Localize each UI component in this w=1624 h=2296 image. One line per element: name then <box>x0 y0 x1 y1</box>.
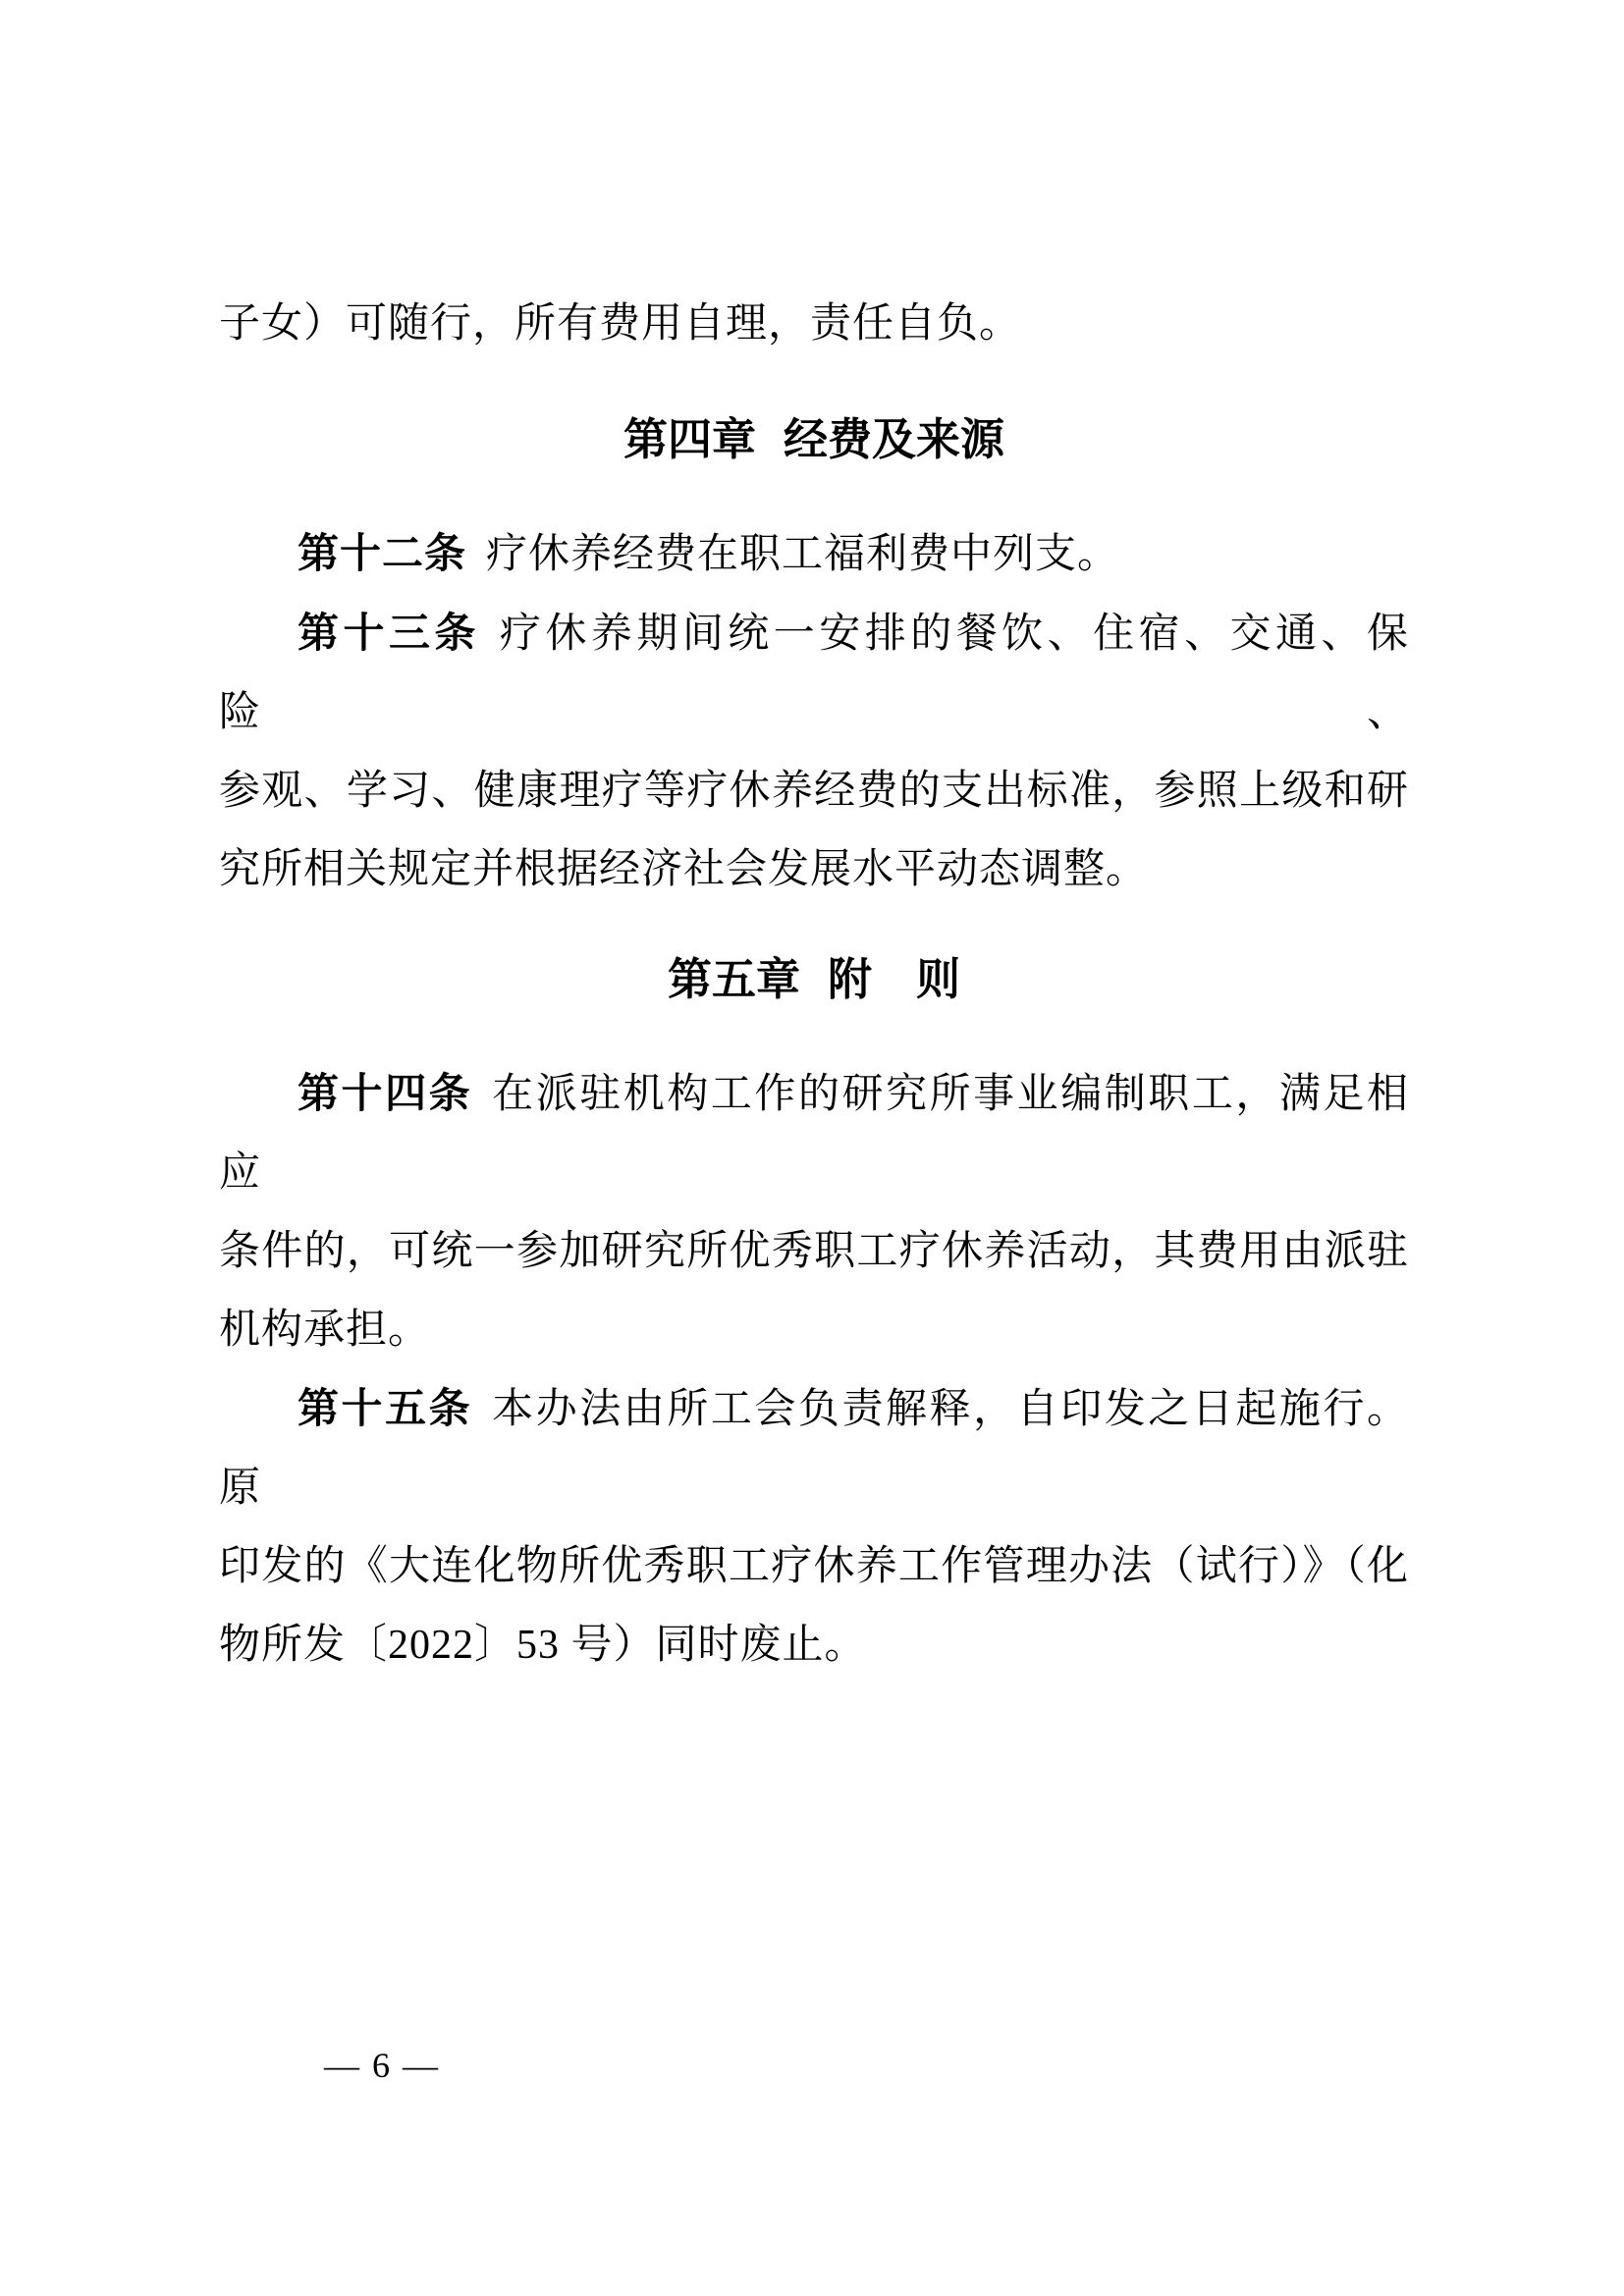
article-15-line-3: 物所发〔2022〕53 号）同时废止。 <box>219 1606 1409 1684</box>
article-13-line-2: 参观、学习、健康理疗等疗休养经费的支出标准，参照上级和研 <box>219 752 1409 830</box>
article-15-line-1: 第十五条本办法由所工会负责解释，自印发之日起施行。原 <box>219 1369 1409 1527</box>
chapter-5-label: 第五章 <box>668 954 800 1004</box>
document-body: 子女）可随行，所有费用自理，责任自负。 第四章经费及来源 第十二条疗休养经费在职… <box>219 285 1409 1684</box>
article-15-line-2: 印发的《大连化物所优秀职工疗休养工作管理办法（试行）》（化 <box>219 1527 1409 1606</box>
article-13-line-1: 第十三条疗休养期间统一安排的餐饮、住宿、交通、保险、 <box>219 594 1409 752</box>
chapter-4-label: 第四章 <box>623 414 756 464</box>
article-15-lead: 第十五条 <box>298 1385 472 1431</box>
article-14-line-3: 机构承担。 <box>219 1291 1409 1369</box>
article-14-line-2: 条件的，可统一参加研究所优秀职工疗休养活动，其费用由派驻 <box>219 1212 1409 1291</box>
chapter-5-title: 附 则 <box>828 954 960 1004</box>
article-12-lead: 第十二条 <box>298 530 466 576</box>
body-line-continuation: 子女）可随行，所有费用自理，责任自负。 <box>219 285 1409 363</box>
chapter-4-title: 经费及来源 <box>784 414 1004 464</box>
chapter-heading-5: 第五章附 则 <box>219 940 1409 1019</box>
article-14-lead: 第十四条 <box>298 1070 472 1116</box>
article-13-lead: 第十三条 <box>298 610 480 656</box>
article-12-line: 第十二条疗休养经费在职工福利费中列支。 <box>219 514 1409 594</box>
article-12-text: 疗休养经费在职工福利费中列支。 <box>486 532 1119 577</box>
article-13-line-3: 究所相关规定并根据经济社会发展水平动态调整。 <box>219 830 1409 909</box>
article-14-line-1: 第十四条在派驻机构工作的研究所事业编制职工，满足相应 <box>219 1054 1409 1212</box>
chapter-heading-4: 第四章经费及来源 <box>219 400 1409 479</box>
document-page: 子女）可随行，所有费用自理，责任自负。 第四章经费及来源 第十二条疗休养经费在职… <box>0 0 1624 2296</box>
page-number: — 6 — <box>324 2044 440 2087</box>
